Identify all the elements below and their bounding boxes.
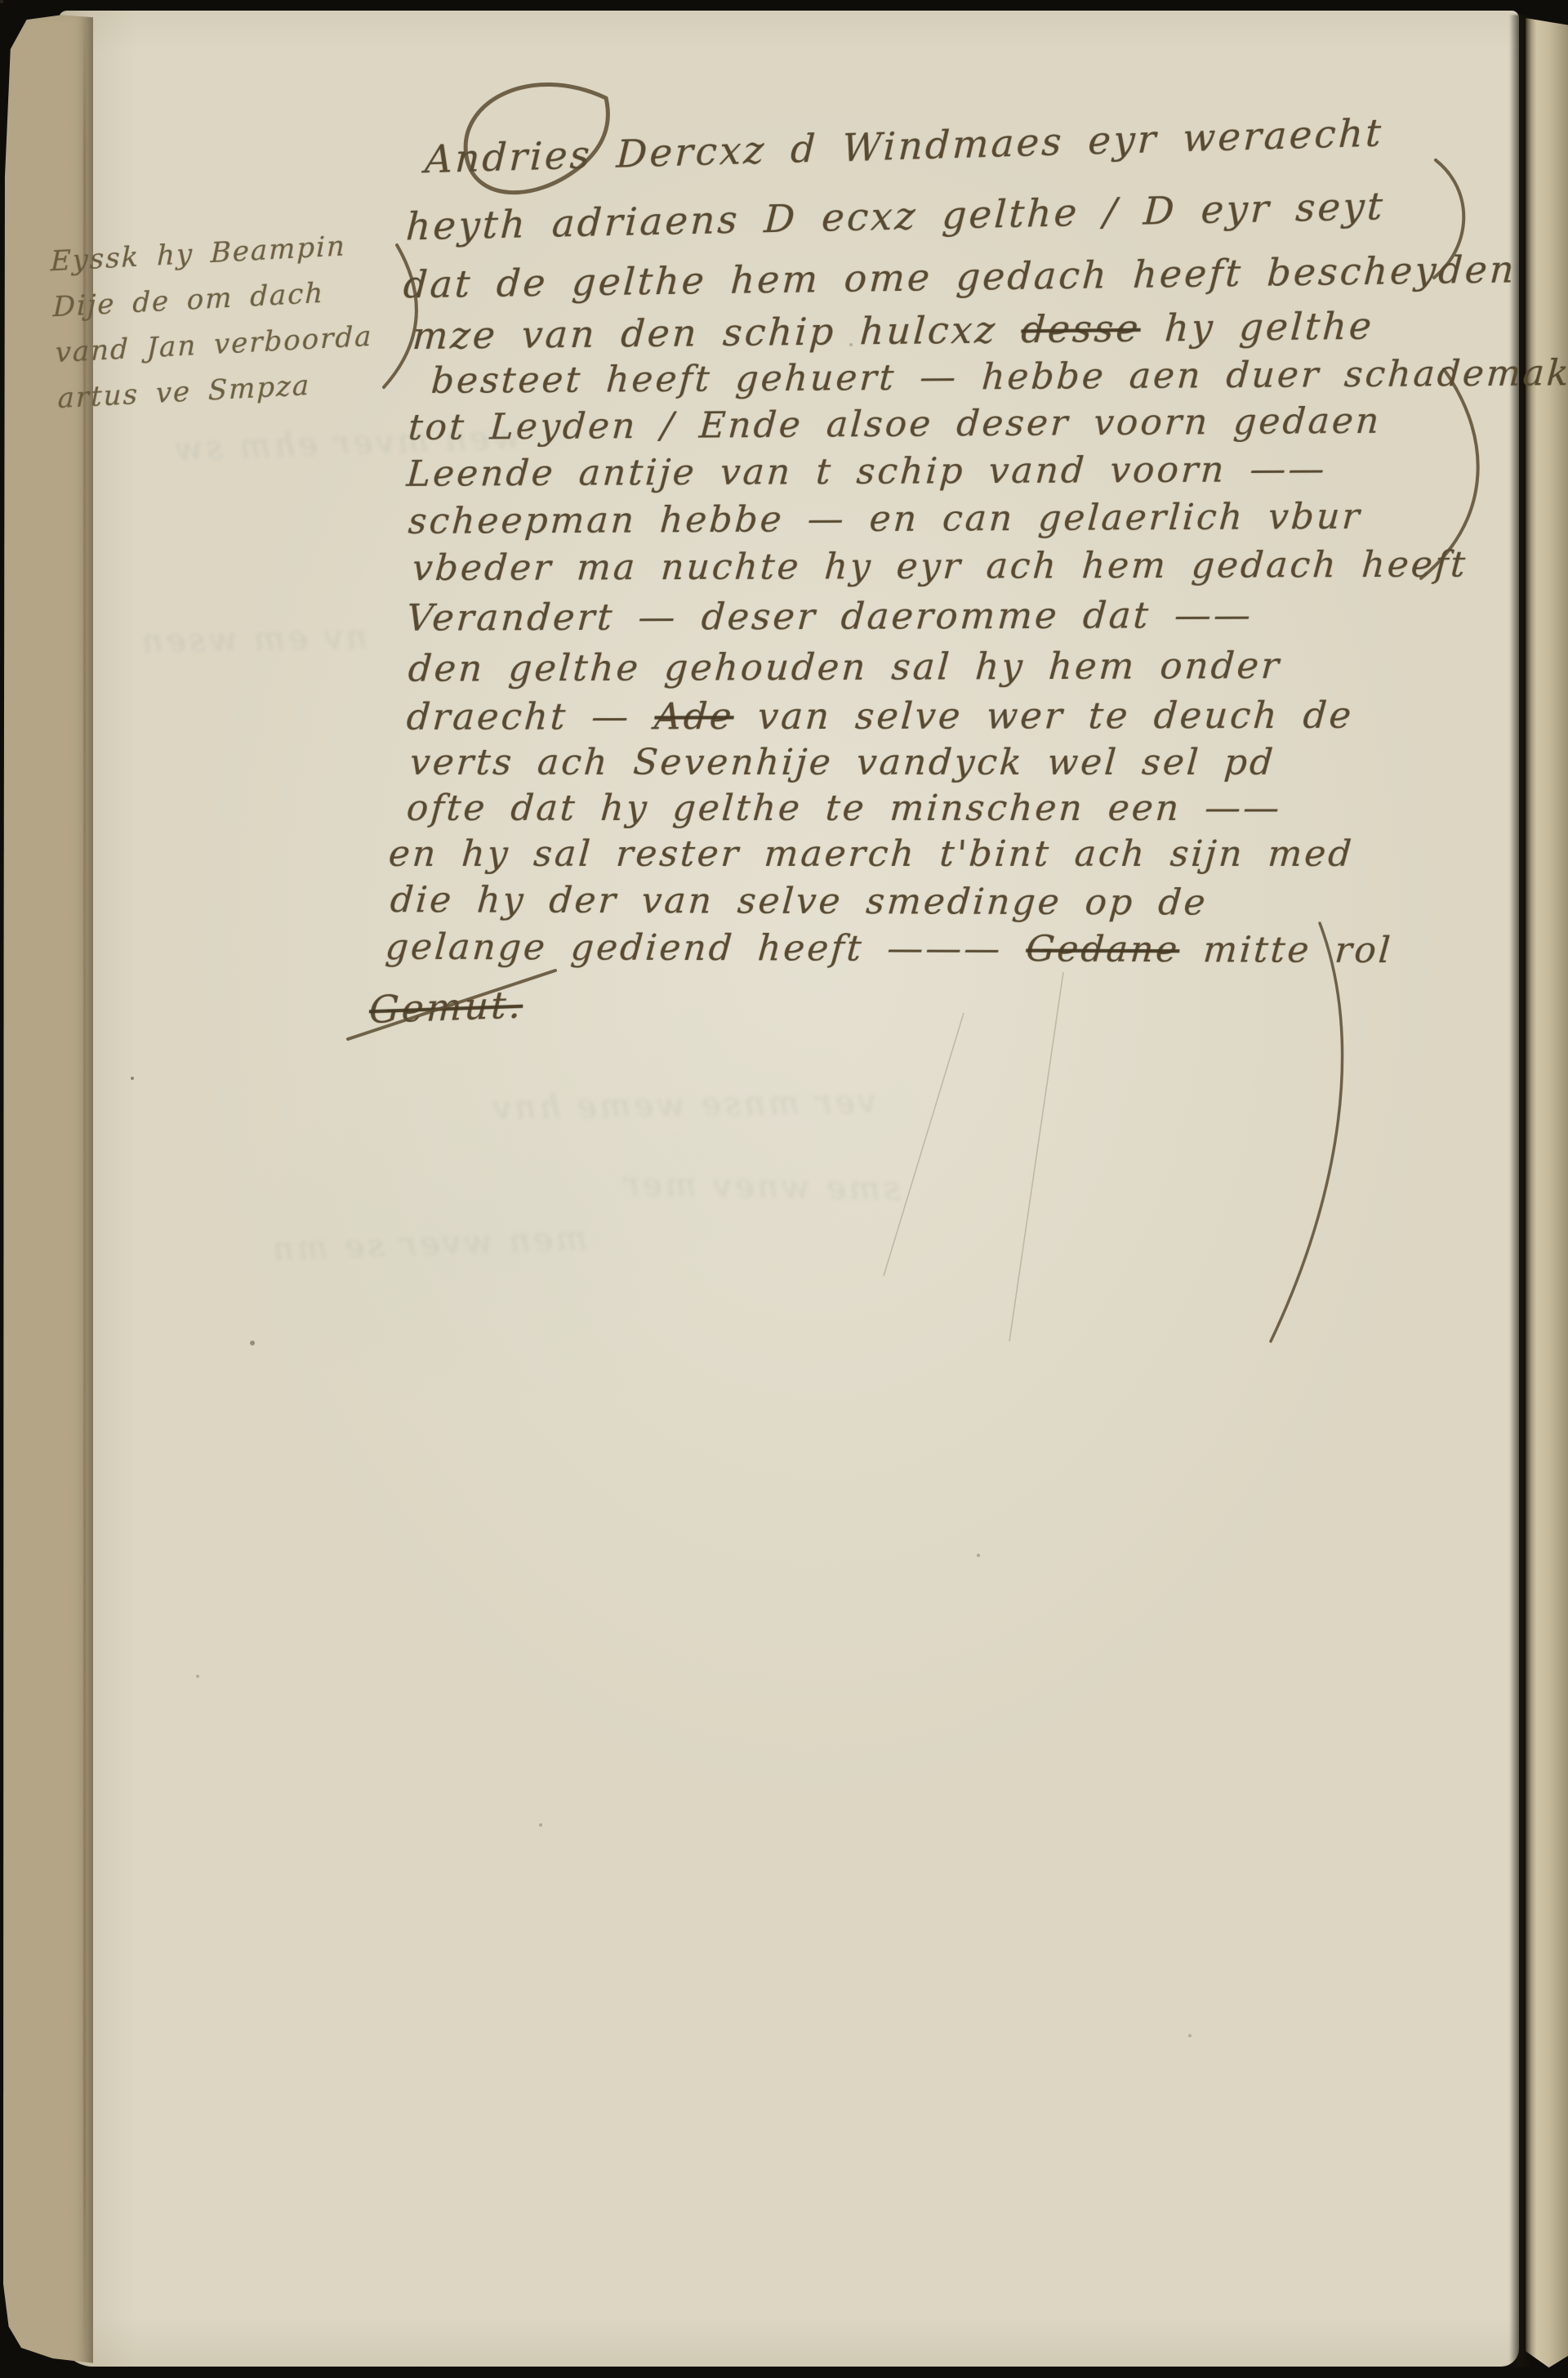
line-text: tot Leyden / Ende alsoe deser voorn geda… bbox=[407, 400, 1383, 448]
manuscript-line: mze van den schip hulcxz desse hy gelthe bbox=[411, 304, 1374, 358]
bleed-through-mark: ver mnse weme hnv bbox=[490, 1083, 877, 1127]
line-text: Andries Dercxz d Windmaes eyr weraecht bbox=[424, 111, 1384, 183]
line-text: besteet heeft gehuert — hebbe aen duer s… bbox=[430, 352, 1568, 402]
manuscript-scan: Eyssk hy BeampinDije de om dachvand Jan … bbox=[0, 0, 1568, 2378]
line-text: heyth adriaens D ecxz gelthe / D eyr sey… bbox=[405, 184, 1386, 249]
bleed-through-mark: nv em wsen bbox=[139, 619, 367, 661]
manuscript-line: en hy sal rester maerch t'bint ach sijn … bbox=[387, 833, 1355, 875]
manuscript-line: Leende antije van t schip vand voorn —— bbox=[405, 448, 1328, 495]
struck-word: desse bbox=[1020, 306, 1142, 352]
line-text: verts ach Sevenhije vandyck wel sel pd bbox=[408, 742, 1276, 783]
margin-note: Eyssk hy BeampinDije de om dachvand Jan … bbox=[49, 222, 376, 422]
manuscript-line: vbeder ma nuchte hy eyr ach hem gedach h… bbox=[411, 544, 1468, 590]
line-text: draecht — bbox=[405, 694, 656, 738]
manuscript-line: die hy der van selve smedinge op de bbox=[389, 879, 1209, 923]
line-text: ofte dat hy gelthe te minschen een —— bbox=[405, 787, 1283, 829]
line-text: mitte rol bbox=[1178, 929, 1394, 971]
manuscript-line: ofte dat hy gelthe te minschen een —— bbox=[405, 787, 1283, 829]
manuscript-line: besteet heeft gehuert — hebbe aen duer s… bbox=[430, 352, 1568, 402]
bleed-through-mark: men wver se mn bbox=[269, 1220, 587, 1269]
line-text: scheepman hebbe — en can gelaerlich vbur bbox=[407, 496, 1363, 542]
line-text: Leende antije van t schip vand voorn —— bbox=[405, 448, 1328, 495]
bleed-through-mark: sme wnev mer bbox=[621, 1166, 901, 1208]
struck-word: Gedane bbox=[1025, 929, 1182, 971]
manuscript-line: heyth adriaens D ecxz gelthe / D eyr sey… bbox=[405, 184, 1386, 249]
manuscript-line: draecht — Ade van selve wer te deuch de bbox=[405, 694, 1355, 738]
line-text: en hy sal rester maerch t'bint ach sijn … bbox=[387, 833, 1355, 875]
line-text: vbeder ma nuchte hy eyr ach hem gedach h… bbox=[411, 544, 1468, 590]
line-text: dat de gelthe hem ome gedach heeft besch… bbox=[403, 247, 1518, 306]
line-text: die hy der van selve smedinge op de bbox=[389, 879, 1209, 923]
manuscript-line: Gemut. bbox=[368, 983, 523, 1033]
line-text: Verandert — deser daeromme dat —— bbox=[405, 593, 1254, 640]
manuscript-line: scheepman hebbe — en can gelaerlich vbur bbox=[407, 496, 1363, 542]
handwriting-layer: Eyssk hy BeampinDije de om dachvand Jan … bbox=[0, 0, 1568, 2378]
line-text: van selve wer te deuch de bbox=[733, 694, 1355, 738]
manuscript-line: tot Leyden / Ende alsoe deser voorn geda… bbox=[407, 400, 1383, 448]
struck-word: Gemut. bbox=[368, 983, 523, 1033]
line-text: gelange gediend heeft ——— bbox=[384, 926, 1027, 970]
manuscript-line: Verandert — deser daeromme dat —— bbox=[405, 593, 1254, 640]
line-text: den gelthe gehouden sal hy hem onder bbox=[407, 644, 1282, 690]
manuscript-line: den gelthe gehouden sal hy hem onder bbox=[407, 644, 1282, 690]
manuscript-line: gelange gediend heeft ——— Gedane mitte r… bbox=[384, 926, 1394, 971]
manuscript-line: verts ach Sevenhije vandyck wel sel pd bbox=[408, 742, 1276, 783]
manuscript-line: dat de gelthe hem ome gedach heeft besch… bbox=[403, 247, 1518, 306]
line-text: mze van den schip hulcxz bbox=[411, 307, 1022, 358]
manuscript-line: Andries Dercxz d Windmaes eyr weraecht bbox=[424, 111, 1384, 183]
struck-word: Ade bbox=[653, 694, 736, 738]
line-text: hy gelthe bbox=[1139, 304, 1375, 350]
